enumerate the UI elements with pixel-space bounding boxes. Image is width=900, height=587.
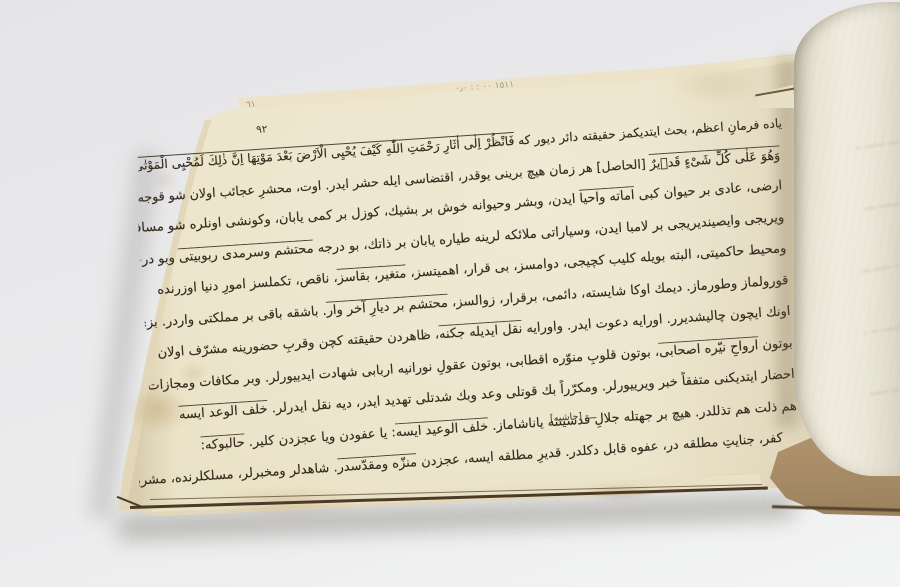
manuscript-line-segment: نقل ايديله جكنه bbox=[438, 320, 522, 342]
manuscript-photo: ١٥١١ ٠٠ : : ٠٫٠ ٦١ ٩٢ ياده فرمانِ اعظم، … bbox=[0, 0, 900, 587]
manuscript-line-segment: متغير، بقاسز bbox=[337, 264, 407, 286]
manuscript-line-segment: ارضى، عادى بر حيوان كبى bbox=[634, 178, 783, 203]
manuscript-line-segment: ارواحِ نيّره اصحابى bbox=[658, 336, 758, 360]
ghost-writing-line: ــ ــــــ ـــ bbox=[800, 258, 900, 285]
ghost-writing-line: ـــــــ ــــ bbox=[800, 196, 900, 223]
manuscript-line-segment: : يا عفودن ويا عجزدن كلير. bbox=[244, 425, 396, 450]
manuscript-line-segment: منزّه ومقدّسدر bbox=[337, 453, 418, 475]
manuscript-line-segment: . شاهدلر ومخبرلر، مسلكلرنده، مشربلرنده bbox=[139, 460, 338, 490]
manuscript-line-segment: خلف الوعيد ايسه bbox=[395, 417, 489, 440]
manuscript-line-segment: ، ناقص، تكملسز امورِ دنيا اوزرنده bbox=[157, 271, 338, 298]
manuscript-line-segment: وَهُوَ عَلٰى كُلِّ شَىْءٍ قَدٖيرٌ bbox=[649, 145, 780, 171]
manuscript-line-segment: اماته واحيا bbox=[579, 186, 635, 207]
manuscript-line-segment: ياده فرمانِ اعظم، بحث ايتديكمز حقيقته دا… bbox=[514, 116, 783, 148]
manuscript-line-segment: خلف الوعد ايسه bbox=[178, 400, 268, 423]
page-number: ٩٢ bbox=[256, 123, 268, 136]
ghost-writing-line: ـــ ــــــ bbox=[800, 382, 900, 409]
manuscript-line-segment: هم ذلت هم تذللدر. هيچ بر جهتله جلالِ قدس… bbox=[488, 398, 798, 433]
manuscript-line-segment: وبو درجه معظم bbox=[140, 250, 179, 271]
ghost-writing-line: ــــــ ـــ ـ bbox=[800, 320, 900, 347]
manuscript-line-segment: ، ظاهردن حقيقته كچن وقربِ حضورينه مشرّف … bbox=[157, 327, 439, 361]
manuscript-line-segment: حالبوكه: bbox=[200, 433, 245, 453]
ghost-writing-line: ــــ ـــــــ ــ bbox=[800, 134, 900, 161]
curled-pages: ــــ ـــــــ ـــــــــ ــــــ ــــــ ـــ… bbox=[794, 2, 900, 476]
manuscript-line-segment: . باشقه باقى بر مملكتى واردر. بزى bbox=[144, 303, 327, 331]
manuscript-line-segment: محتشم بر ديارِ آخر وار bbox=[326, 293, 448, 318]
manuscript-line-segment: محتشم وسرمدى ربوبيتى bbox=[178, 239, 314, 265]
manuscript-text-block: ٩٢ ياده فرمانِ اعظم، بحث ايتديكمز حقيقته… bbox=[137, 77, 807, 524]
manuscript-line-segment: اونك ايچون چاليشديرر. اورايه دعوت ايدر. … bbox=[522, 304, 791, 337]
